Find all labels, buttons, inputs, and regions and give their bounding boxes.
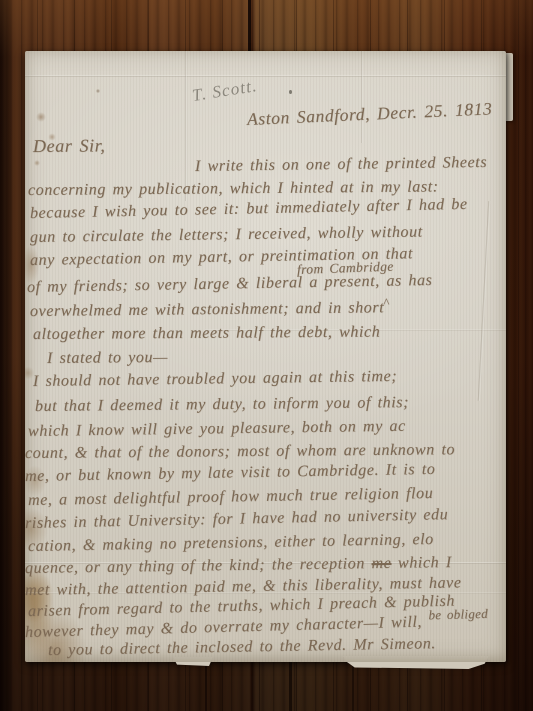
line-text: which I [391,554,452,572]
letter-line: altogether more than meets half the debt… [33,322,380,346]
struck-word: me [371,555,391,572]
letter-line: overwhelmed me with astonishment; and in… [30,297,384,323]
interline-raised-words: be obliged [428,606,488,623]
letter-line: but that I deemed it my duty, to inform … [35,392,409,418]
pencil-dot [289,90,292,94]
letter-line: I write this on one of the printed Sheet… [195,152,487,178]
letter-line: I stated to you— [47,347,168,370]
photo-scene: T. Scott. Aston Sandford, Decr. 25. 1813… [0,0,533,711]
line-text: quence, or any thing of the kind; the re… [25,555,372,577]
wood-plank-seam [248,0,251,54]
letter-paper: T. Scott. Aston Sandford, Decr. 25. 1813… [25,51,506,662]
letter-salutation: Dear Sir, [33,134,106,157]
